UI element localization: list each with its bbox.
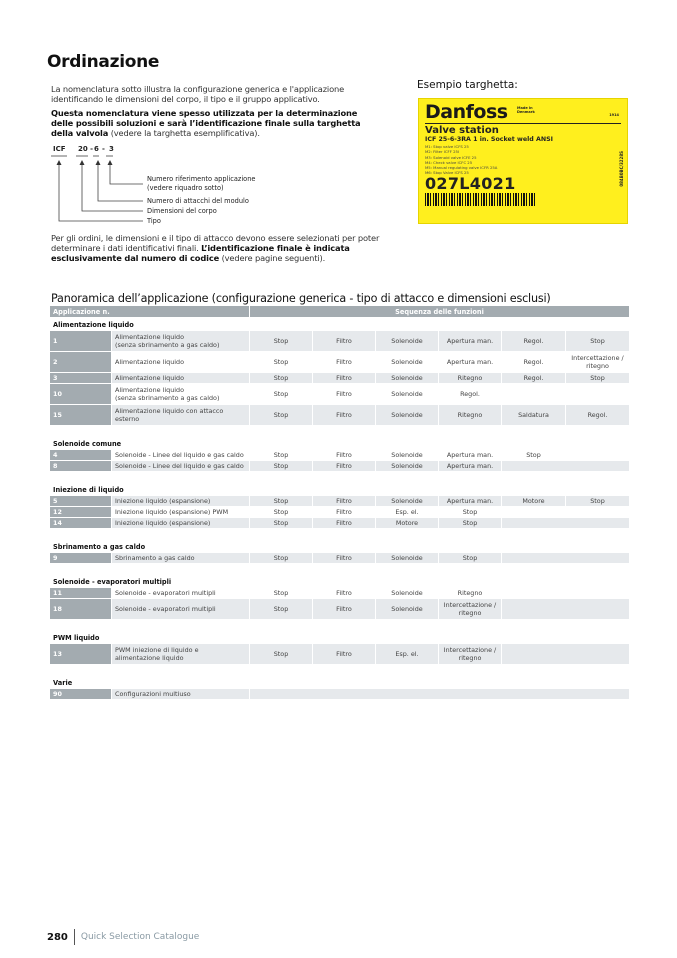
- function-cell: Stop: [566, 373, 630, 384]
- function-cell: Intercettazione / ritegno: [439, 599, 502, 620]
- function-cell: Stop: [250, 450, 313, 461]
- function-cell: Filtro: [313, 588, 376, 599]
- order-note: Per gli ordini, le dimensioni e il tipo …: [51, 233, 381, 263]
- description-line: PWM iniezione di liquido e: [115, 646, 246, 654]
- function-cell-empty: [502, 507, 630, 518]
- function-cell: Stop: [250, 352, 313, 373]
- function-cell: Stop: [502, 450, 566, 461]
- section-title: Panoramica dell’applicazione (configuraz…: [51, 292, 551, 305]
- application-description: Solenoide - Linee del liquido e gas cald…: [112, 450, 250, 461]
- page-title: Ordinazione: [47, 52, 159, 72]
- group-spacer: [50, 620, 630, 630]
- header-application: Applicazione n.: [50, 306, 250, 317]
- description-line: Solenoide - evaporatori multipli: [115, 605, 246, 613]
- group-heading: Alimentazione liquido: [50, 317, 630, 331]
- function-cell: Regol.: [566, 405, 630, 426]
- function-cell-empty: [502, 384, 630, 405]
- group-heading: Varie: [50, 675, 630, 689]
- description-line: Alimentazione liquido con attacco: [115, 407, 246, 415]
- spacer-cell: [50, 620, 630, 630]
- function-cell: Filtro: [313, 496, 376, 507]
- group-heading-row: Sbrinamento a gas caldo: [50, 539, 630, 553]
- page-number: 280: [47, 932, 68, 943]
- made-in-country: Denmark: [517, 110, 535, 114]
- spacer-cell: [50, 426, 630, 436]
- function-cell: Regol.: [502, 373, 566, 384]
- table-row: 14Iniezione liquido (espansione)StopFilt…: [50, 518, 630, 529]
- function-cell: Apertura man.: [439, 331, 502, 352]
- description-line: Alimentazione liquido: [115, 374, 246, 382]
- page-footer: 280 Quick Selection Catalogue: [47, 929, 199, 945]
- description-line: Alimentazione liquido: [115, 386, 246, 394]
- application-table: Applicazione n. Sequenza delle funzioni …: [50, 306, 630, 700]
- nameplate-vertical-code: 084B0BC/3228S: [619, 151, 624, 187]
- function-cell: Stop: [250, 588, 313, 599]
- application-description: Alimentazione liquido(senza sbrinamento …: [112, 384, 250, 405]
- application-number: 5: [50, 496, 112, 507]
- table-row: 90Configurazioni multiuso: [50, 689, 630, 700]
- application-number: 1: [50, 331, 112, 352]
- function-cell: Solenoide: [376, 352, 439, 373]
- table-row: 11Solenoide - evaporatori multipliStopFi…: [50, 588, 630, 599]
- function-cell: Esp. el.: [376, 644, 439, 665]
- function-cell: Apertura man.: [439, 461, 502, 472]
- function-cell: Filtro: [313, 644, 376, 665]
- application-number: 9: [50, 553, 112, 564]
- function-cell: Stop: [250, 405, 313, 426]
- application-number: 3: [50, 373, 112, 384]
- intro-paragraph: La nomenclatura sotto illustra la config…: [51, 84, 381, 104]
- label-body-size: Dimensioni del corpo: [147, 207, 217, 216]
- description-line: Iniezione liquido (espansione) PWM: [115, 508, 246, 516]
- function-cell: Stop: [566, 331, 630, 352]
- nameplate-year: 1914: [609, 113, 619, 117]
- function-cell: Solenoide: [376, 599, 439, 620]
- application-number: 14: [50, 518, 112, 529]
- function-cell: Regol.: [439, 384, 502, 405]
- application-description: Alimentazione liquido con attaccoesterno: [112, 405, 250, 426]
- function-cell: Ritegno: [439, 588, 502, 599]
- function-cell: Filtro: [313, 553, 376, 564]
- nomenclature-diagram: ICF 20 - 6 - 3 Numero riferimento applic…: [51, 145, 351, 230]
- function-cell: Saldatura: [502, 405, 566, 426]
- intro-note: Questa nomenclatura viene spesso utilizz…: [51, 108, 381, 138]
- application-description: Iniezione liquido (espansione): [112, 518, 250, 529]
- description-line: Sbrinamento a gas caldo: [115, 554, 246, 562]
- function-cell: Intercettazione / ritegno: [566, 352, 630, 373]
- description-line: (senza sbrinamento a gas caldo): [115, 394, 246, 402]
- group-heading-row: Solenoide comune: [50, 436, 630, 450]
- label-application-note: (vedere riquadro sotto): [147, 184, 224, 193]
- group-spacer: [50, 529, 630, 539]
- intro-text: La nomenclatura sotto illustra la config…: [51, 84, 381, 142]
- description-line: Alimentazione liquido: [115, 358, 246, 366]
- application-description: Alimentazione liquido(senza sbrinamento …: [112, 331, 250, 352]
- catalogue-name: Quick Selection Catalogue: [81, 932, 199, 942]
- function-cell: Filtro: [313, 384, 376, 405]
- table-row: 5Iniezione liquido (espansione)StopFiltr…: [50, 496, 630, 507]
- function-cell-empty: [502, 588, 630, 599]
- function-cell: Filtro: [313, 373, 376, 384]
- function-cell: Filtro: [313, 352, 376, 373]
- nameplate-title: Valve station: [425, 125, 621, 136]
- application-description: Alimentazione liquido: [112, 373, 250, 384]
- group-heading: Sbrinamento a gas caldo: [50, 539, 630, 553]
- application-number: 11: [50, 588, 112, 599]
- function-cell: Esp. el.: [376, 507, 439, 518]
- intro-tail: (vedere la targhetta esemplificativa).: [108, 128, 260, 138]
- function-cell: Solenoide: [376, 461, 439, 472]
- function-cell: Stop: [250, 599, 313, 620]
- group-spacer: [50, 564, 630, 574]
- function-cell: Filtro: [313, 518, 376, 529]
- application-description: Configurazioni multiuso: [112, 689, 250, 700]
- function-cell: Stop: [250, 331, 313, 352]
- group-heading-row: Iniezione di liquido: [50, 482, 630, 496]
- function-cell-empty: [502, 599, 630, 620]
- function-cell: Filtro: [313, 507, 376, 518]
- function-cell: Stop: [439, 518, 502, 529]
- function-cell: Apertura man.: [439, 352, 502, 373]
- nameplate-made-in: Made in Denmark: [517, 106, 535, 114]
- nameplate-image: Danfoss Made in Denmark 1914 Valve stati…: [418, 98, 628, 224]
- table-header-row: Applicazione n. Sequenza delle funzioni: [50, 306, 630, 317]
- table-row: 10Alimentazione liquido(senza sbrinament…: [50, 384, 630, 405]
- function-cell: Stop: [250, 496, 313, 507]
- group-heading: Solenoide comune: [50, 436, 630, 450]
- function-cell-empty: [566, 450, 630, 461]
- table-row: 1Alimentazione liquido(senza sbrinamento…: [50, 331, 630, 352]
- application-description: Solenoide - Linee del liquido e gas cald…: [112, 461, 250, 472]
- application-description: Sbrinamento a gas caldo: [112, 553, 250, 564]
- function-cell: Motore: [376, 518, 439, 529]
- function-cell: Solenoide: [376, 450, 439, 461]
- function-cell-empty: [250, 689, 630, 700]
- function-cell: Stop: [250, 518, 313, 529]
- application-description: PWM iniezione di liquido ealimentazione …: [112, 644, 250, 665]
- function-cell: Solenoide: [376, 496, 439, 507]
- nameplate-label: Esempio targhetta:: [417, 79, 518, 91]
- nameplate-module-lines: M1: Stop valve ICFS 25M2: Filter ICFF 25…: [425, 144, 621, 176]
- nameplate-divider: [425, 123, 621, 124]
- table-row: 4Solenoide - Linee del liquido e gas cal…: [50, 450, 630, 461]
- label-module-ports: Numero di attacchi del modulo: [147, 197, 249, 206]
- application-number: 13: [50, 644, 112, 665]
- group-heading-row: PWM liquido: [50, 630, 630, 644]
- footer-divider: [74, 929, 75, 945]
- table-row: 12Iniezione liquido (espansione) PWMStop…: [50, 507, 630, 518]
- table-row: 15Alimentazione liquido con attaccoester…: [50, 405, 630, 426]
- table-row: 13PWM iniezione di liquido ealimentazion…: [50, 644, 630, 665]
- function-cell: Filtro: [313, 599, 376, 620]
- function-cell: Stop: [566, 496, 630, 507]
- description-line: (senza sbrinamento a gas caldo): [115, 341, 246, 349]
- function-cell: Stop: [250, 553, 313, 564]
- group-spacer: [50, 472, 630, 482]
- group-heading: Iniezione di liquido: [50, 482, 630, 496]
- function-cell: Stop: [250, 461, 313, 472]
- application-description: Iniezione liquido (espansione): [112, 496, 250, 507]
- application-description: Iniezione liquido (espansione) PWM: [112, 507, 250, 518]
- table-row: 9Sbrinamento a gas caldoStopFiltroSoleno…: [50, 553, 630, 564]
- function-cell: Solenoide: [376, 331, 439, 352]
- function-cell-empty: [502, 644, 630, 665]
- description-line: Solenoide - evaporatori multipli: [115, 589, 246, 597]
- application-description: Solenoide - evaporatori multipli: [112, 588, 250, 599]
- group-spacer: [50, 426, 630, 436]
- function-cell-empty: [502, 461, 630, 472]
- application-number: 90: [50, 689, 112, 700]
- nameplate-subtitle: ICF 25-6-3RA 1 in. Socket weld ANSI: [425, 136, 621, 144]
- application-number: 8: [50, 461, 112, 472]
- table-body: Alimentazione liquido1Alimentazione liqu…: [50, 317, 630, 700]
- function-cell: Solenoide: [376, 405, 439, 426]
- order-note-tail: (vedere pagine seguenti).: [219, 253, 325, 263]
- spacer-cell: [50, 529, 630, 539]
- description-line: esterno: [115, 415, 246, 423]
- spacer-cell: [50, 472, 630, 482]
- group-heading-row: Solenoide - evaporatori multipli: [50, 574, 630, 588]
- group-heading-row: Alimentazione liquido: [50, 317, 630, 331]
- application-number: 12: [50, 507, 112, 518]
- table-row: 3Alimentazione liquidoStopFiltroSolenoid…: [50, 373, 630, 384]
- group-heading-row: Varie: [50, 675, 630, 689]
- function-cell: Stop: [250, 507, 313, 518]
- function-cell: Solenoide: [376, 384, 439, 405]
- group-heading: PWM liquido: [50, 630, 630, 644]
- function-cell: Solenoide: [376, 373, 439, 384]
- description-line: Configurazioni multiuso: [115, 690, 246, 698]
- description-line: Iniezione liquido (espansione): [115, 519, 246, 527]
- label-application-number: Numero riferimento applicazione: [147, 175, 255, 184]
- group-spacer: [50, 665, 630, 675]
- barcode-icon: [425, 193, 535, 206]
- description-line: Solenoide - Linee del liquido e gas cald…: [115, 451, 246, 459]
- function-cell-empty: [502, 518, 630, 529]
- application-description: Solenoide - evaporatori multipli: [112, 599, 250, 620]
- description-line: Solenoide - Linee del liquido e gas cald…: [115, 462, 246, 470]
- table-row: 8Solenoide - Linee del liquido e gas cal…: [50, 461, 630, 472]
- function-cell: Regol.: [502, 352, 566, 373]
- application-number: 4: [50, 450, 112, 461]
- spacer-cell: [50, 665, 630, 675]
- function-cell: Stop: [250, 384, 313, 405]
- table-row: 18Solenoide - evaporatori multipliStopFi…: [50, 599, 630, 620]
- function-cell: Apertura man.: [439, 496, 502, 507]
- spacer-cell: [50, 564, 630, 574]
- function-cell: Stop: [439, 507, 502, 518]
- nameplate-brand-logo: Danfoss: [425, 102, 508, 122]
- function-cell: Regol.: [502, 331, 566, 352]
- function-cell: Motore: [502, 496, 566, 507]
- group-heading: Solenoide - evaporatori multipli: [50, 574, 630, 588]
- function-cell: Filtro: [313, 405, 376, 426]
- function-cell: Solenoide: [376, 588, 439, 599]
- function-cell: Ritegno: [439, 405, 502, 426]
- application-number: 18: [50, 599, 112, 620]
- description-line: Iniezione liquido (espansione): [115, 497, 246, 505]
- function-cell: Filtro: [313, 461, 376, 472]
- application-number: 2: [50, 352, 112, 373]
- function-cell: Ritegno: [439, 373, 502, 384]
- application-number: 10: [50, 384, 112, 405]
- description-line: Alimentazione liquido: [115, 333, 246, 341]
- application-description: Alimentazione liquido: [112, 352, 250, 373]
- function-cell: Stop: [250, 373, 313, 384]
- function-cell: Apertura man.: [439, 450, 502, 461]
- label-type: Tipo: [147, 217, 161, 226]
- description-line: alimentazione liquido: [115, 654, 246, 662]
- table-row: 2Alimentazione liquidoStopFiltroSolenoid…: [50, 352, 630, 373]
- function-cell: Intercettazione / ritegno: [439, 644, 502, 665]
- function-cell: Filtro: [313, 450, 376, 461]
- header-sequence: Sequenza delle funzioni: [250, 306, 630, 317]
- function-cell-empty: [502, 553, 630, 564]
- function-cell: Stop: [250, 644, 313, 665]
- function-cell: Solenoide: [376, 553, 439, 564]
- function-cell: Stop: [439, 553, 502, 564]
- nameplate-code: 027L4021: [425, 176, 621, 192]
- application-number: 15: [50, 405, 112, 426]
- function-cell: Filtro: [313, 331, 376, 352]
